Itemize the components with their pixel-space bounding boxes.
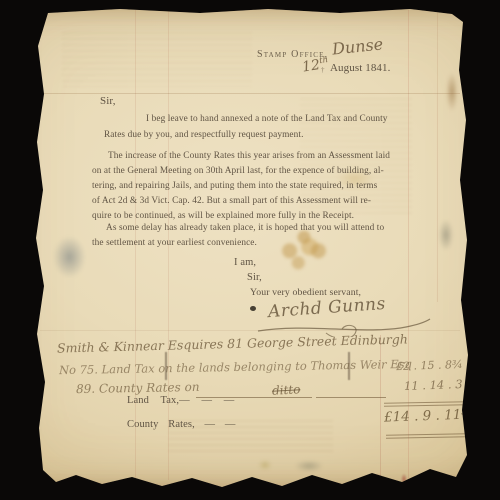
- letter-line: quire to be continued, as will be explai…: [92, 211, 354, 221]
- paper-blotch: [256, 458, 274, 472]
- red-mark: [400, 472, 408, 486]
- letter-line: on at the General Meeting on 30th April …: [92, 166, 384, 176]
- handwritten-place: Dunse: [331, 34, 384, 58]
- printed-date: August 1841.: [330, 62, 390, 74]
- letter-paper: Stamp Office, Dunse 12th † August 1841. …: [0, 0, 500, 500]
- bleed-through-text: [62, 32, 252, 87]
- handwritten-addressee: Smith & Kinnear Esquires 81 George Stree…: [57, 331, 408, 355]
- letter-line: tering, and repairing Jails, and puting …: [92, 181, 377, 191]
- handwritten-entry-countyrates: 89. County Rates on: [76, 380, 200, 396]
- ink-smudge-stain: [47, 228, 92, 286]
- fold-line: [437, 12, 438, 302]
- letter-line: Rates due by you, and respectfully reque…: [104, 130, 304, 140]
- ditto-word: ditto: [272, 382, 301, 397]
- edge-stain: [444, 66, 460, 118]
- red-mark: [374, 472, 382, 486]
- total-amount: £14 . 9 . 11¾: [384, 406, 475, 425]
- entry-rule: [316, 397, 386, 398]
- total-rule: [384, 401, 468, 403]
- closing-line: Sir,: [247, 272, 262, 283]
- closing-line: I am,: [234, 257, 256, 268]
- letter-line: the settlement at your earliest convenie…: [92, 238, 257, 248]
- total-rule: [386, 433, 468, 435]
- letter-line: As some delay has already taken place, i…: [106, 223, 384, 233]
- letter-line: of Act 2d & 3d Vict. Cap. 42. But a smal…: [92, 196, 371, 206]
- land-tax-label: Land Tax,— — —: [127, 395, 234, 406]
- paper-blotch: [290, 458, 328, 474]
- edge-stain: [436, 214, 456, 256]
- embossed-crest-stamp: [280, 230, 328, 270]
- ink-dot: [250, 306, 256, 311]
- handwritten-day: 12th: [301, 54, 330, 76]
- letter-line: I beg leave to hand annexed a note of th…: [146, 114, 388, 124]
- handwritten-entry-landtax: No 75. Land Tax on the lands belonging t…: [59, 357, 412, 377]
- amount-countyrates: 11 . 14 . 3: [404, 377, 463, 393]
- letter-line: The increase of the County Rates this ye…: [108, 151, 390, 161]
- photo-background: Stamp Office, Dunse 12th † August 1841. …: [0, 0, 500, 500]
- date-placeholder-mark: †: [321, 66, 325, 74]
- salutation: Sir,: [100, 95, 116, 107]
- total-rule: [386, 436, 468, 438]
- fold-line: [40, 93, 460, 94]
- county-rates-label: County Rates, — —: [127, 419, 235, 430]
- amount-landtax: £2 . 15 . 8¾: [396, 358, 463, 373]
